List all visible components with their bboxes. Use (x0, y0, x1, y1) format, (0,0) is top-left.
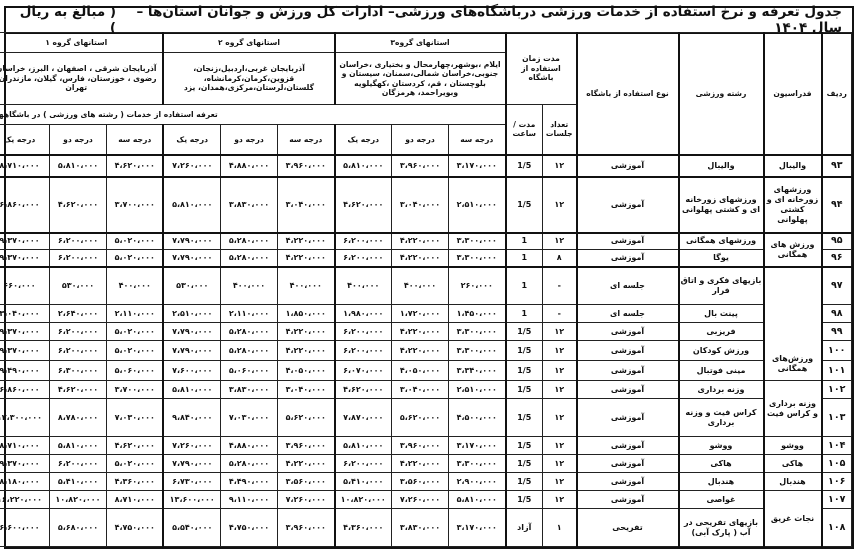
price-cell: ۴،۷۵۰،۰۰۰ (106, 509, 163, 547)
price-cell: ۴،۶۲۰،۰۰۰ (106, 155, 163, 177)
hours-cell: 1/5 (506, 399, 543, 437)
price-cell: ۷،۲۶۰،۰۰۰ (163, 437, 220, 455)
row-number: ۹۴ (822, 177, 852, 233)
price-cell: ۵،۸۱۰،۰۰۰ (163, 381, 220, 399)
price-cell: ۵،۲۸۰،۰۰۰ (221, 233, 278, 250)
price-cell: ۴،۶۲۰،۰۰۰ (49, 381, 106, 399)
price-cell: ۵،۰۲۰،۰۰۰ (106, 455, 163, 473)
row-number: ۹۹ (822, 323, 852, 341)
row-number: ۱۰۰ (822, 341, 852, 361)
price-cell: ۲،۹۰۰،۰۰۰ (449, 473, 506, 491)
price-cell: ۷،۸۷۰،۰۰۰ (335, 399, 392, 437)
usage-type-cell: آموزشی (577, 177, 679, 233)
table-row: ۱۰۳ کراس فیت و وزنه برداری آموزشی ۱۲ 1/5… (0, 399, 852, 437)
price-cell: ۵۳۰،۰۰۰ (163, 267, 220, 305)
table-row: ۹۵ ورزش های همگانی ورزشهای همگانی آموزشی… (0, 233, 852, 250)
price-cell: ۶،۸۶۰،۰۰۰ (0, 381, 49, 399)
sport-cell: ورزش کودکان (679, 341, 764, 361)
sport-cell: مینی فوتبال (679, 361, 764, 381)
group1-provinces: آذربایجان شرقی ، اصفهان ، البرز، خراسان … (0, 53, 163, 105)
price-cell: ۹،۴۹۰،۰۰۰ (0, 361, 49, 381)
col-federation: فدراسیون (764, 33, 822, 155)
price-cell: ۳،۱۷۰،۰۰۰ (449, 437, 506, 455)
table-row: ۱۰۵ هاکی هاکی آموزشی ۱۲ 1/5 ۳،۳۰۰،۰۰۰ ۴،… (0, 455, 852, 473)
sport-cell: هاکی (679, 455, 764, 473)
row-number: ۹۷ (822, 267, 852, 305)
hours-cell: 1/5 (506, 341, 543, 361)
table-row: ۱۰۶ هندبال هندبال آموزشی ۱۲ 1/5 ۲،۹۰۰،۰۰… (0, 473, 852, 491)
price-cell: ۷،۷۹۰،۰۰۰ (163, 323, 220, 341)
table-row: ۱۰۷ نجات غریق غواصی آموزشی ۱۲ 1/5 ۵،۸۱۰،… (0, 491, 852, 509)
table-row: ۱۰۱ مینی فوتبال آموزشی ۱۲ 1/5 ۳،۳۴۰،۰۰۰ … (0, 361, 852, 381)
title-bar: جدول تعرفه و نرخ استفاده از خدمات ورزشی … (4, 6, 854, 34)
price-cell: ۵،۸۱۰،۰۰۰ (49, 437, 106, 455)
sessions-cell: - (543, 305, 577, 323)
sessions-cell: ۱۲ (543, 323, 577, 341)
price-cell: ۳،۱۷۰،۰۰۰ (449, 509, 506, 547)
price-cell: ۴،۲۲۰،۰۰۰ (392, 455, 449, 473)
sessions-cell: ۱۲ (543, 155, 577, 177)
sessions-cell: ۱۲ (543, 341, 577, 361)
price-cell: ۹،۳۷۰،۰۰۰ (0, 323, 49, 341)
hours-cell: آزاد (506, 509, 543, 547)
price-cell: ۴،۲۲۰،۰۰۰ (392, 323, 449, 341)
price-cell: ۵،۸۱۰،۰۰۰ (163, 177, 220, 233)
price-cell: ۳،۳۰۰،۰۰۰ (449, 341, 506, 361)
price-cell: ۶۶۰،۰۰۰ (0, 267, 49, 305)
price-cell: ۳،۹۶۰،۰۰۰ (278, 509, 335, 547)
price-cell: ۵،۶۲۰،۰۰۰ (392, 399, 449, 437)
group3-provinces: ایلام ،بوشهر،چهارمحال و بختیاری ،خراسان … (335, 53, 506, 105)
price-cell: ۶،۲۰۰،۰۰۰ (49, 341, 106, 361)
price-cell: ۴۰۰،۰۰۰ (335, 267, 392, 305)
hours-cell: 1 (506, 305, 543, 323)
price-cell: ۳،۰۴۰،۰۰۰ (0, 305, 49, 323)
sessions-cell: ۱۲ (543, 455, 577, 473)
hours-cell: 1/5 (506, 361, 543, 381)
price-cell: ۴۰۰،۰۰۰ (106, 267, 163, 305)
price-cell: ۷،۶۰۰،۰۰۰ (163, 361, 220, 381)
sport-cell: وزنه برداری (679, 381, 764, 399)
price-cell: ۷،۲۶۰،۰۰۰ (392, 491, 449, 509)
price-cell: ۹،۳۷۰،۰۰۰ (0, 233, 49, 250)
row-number: ۱۰۳ (822, 399, 852, 437)
price-cell: ۵،۸۱۰،۰۰۰ (335, 437, 392, 455)
row-number: ۱۰۴ (822, 437, 852, 455)
price-cell: ۴،۵۰۰،۰۰۰ (449, 399, 506, 437)
usage-type-cell: آموزشی (577, 455, 679, 473)
price-cell: ۴،۲۲۰،۰۰۰ (278, 323, 335, 341)
price-cell: ۳،۵۶۰،۰۰۰ (392, 473, 449, 491)
price-cell: ۶،۳۰۰،۰۰۰ (49, 361, 106, 381)
price-cell: ۴،۶۲۰،۰۰۰ (335, 177, 392, 233)
price-cell: ۶،۲۰۰،۰۰۰ (49, 455, 106, 473)
usage-type-cell: آموزشی (577, 473, 679, 491)
g3-grade3-header: درجه سه (449, 125, 506, 155)
row-number: ۱۰۱ (822, 361, 852, 381)
price-cell: ۳،۵۶۰،۰۰۰ (278, 473, 335, 491)
price-cell: ۶،۲۰۰،۰۰۰ (49, 233, 106, 250)
price-cell: ۹،۳۷۰،۰۰۰ (0, 455, 49, 473)
usage-type-cell: آموزشی (577, 361, 679, 381)
price-cell: ۶،۲۰۰،۰۰۰ (335, 250, 392, 267)
col-row-no: ردیف (822, 33, 852, 155)
hours-cell: 1 (506, 267, 543, 305)
sport-cell: یوگا (679, 250, 764, 267)
g2-grade1-header: درجه یک (163, 125, 220, 155)
sport-cell: والیبال (679, 155, 764, 177)
price-cell: ۴،۰۵۰،۰۰۰ (392, 361, 449, 381)
price-cell: ۱،۸۵۰،۰۰۰ (278, 305, 335, 323)
price-cell: ۶،۲۰۰،۰۰۰ (49, 250, 106, 267)
price-cell: ۹،۳۷۰،۰۰۰ (0, 250, 49, 267)
price-cell: ۲،۵۱۰،۰۰۰ (449, 177, 506, 233)
price-cell: ۶،۲۰۰،۰۰۰ (49, 323, 106, 341)
federation-cell: ووشو (764, 437, 822, 455)
sessions-cell: ۱۲ (543, 473, 577, 491)
price-cell: ۴،۲۲۰،۰۰۰ (278, 250, 335, 267)
price-cell: ۲،۵۱۰،۰۰۰ (163, 305, 220, 323)
price-cell: ۳،۳۰۰،۰۰۰ (449, 233, 506, 250)
price-cell: ۶،۲۰۰،۰۰۰ (335, 341, 392, 361)
price-cell: ۳،۳۰۰،۰۰۰ (449, 323, 506, 341)
price-cell: ۳،۸۳۰،۰۰۰ (392, 509, 449, 547)
g1-grade3-header: درجه سه (106, 125, 163, 155)
usage-type-cell: آموزشی (577, 323, 679, 341)
hours-cell: 1/5 (506, 155, 543, 177)
federation-cell: وزنه برداری و کراس فیت (764, 381, 822, 437)
usage-type-cell: جلسه ای (577, 267, 679, 305)
col-sessions: تعداد جلسات (543, 105, 577, 155)
table-row: ۹۷ ورزش‌های همگانی بازیهای فکری و اتاق ف… (0, 267, 852, 305)
table-row: ۱۰۴ ووشو ووشو آموزشی ۱۲ 1/5 ۳،۱۷۰،۰۰۰ ۳،… (0, 437, 852, 455)
price-cell: ۵،۵۴۰،۰۰۰ (163, 509, 220, 547)
row-number: ۹۳ (822, 155, 852, 177)
price-cell: ۳،۰۴۰،۰۰۰ (392, 177, 449, 233)
price-cell: ۴۰۰،۰۰۰ (392, 267, 449, 305)
tariff-caption: تعرفه استفاده از خدمات ( رشته های ورزشی … (0, 105, 506, 125)
sport-cell: ورزشهای زورخانه ای و کشتی پهلوانی (679, 177, 764, 233)
price-cell: ۵،۰۶۰،۰۰۰ (221, 361, 278, 381)
usage-type-cell: آموزشی (577, 341, 679, 361)
row-number: ۹۶ (822, 250, 852, 267)
row-number: ۱۰۷ (822, 491, 852, 509)
row-number: ۱۰۸ (822, 509, 852, 547)
price-cell: ۳،۹۶۰،۰۰۰ (392, 437, 449, 455)
page-title: جدول تعرفه و نرخ استفاده از خدمات ورزشی … (116, 4, 842, 36)
price-cell: ۵،۸۱۰،۰۰۰ (335, 155, 392, 177)
price-cell: ۶،۰۷۰،۰۰۰ (335, 361, 392, 381)
usage-type-cell: آموزشی (577, 399, 679, 437)
col-sport: رشته ورزشی (679, 33, 764, 155)
table-row: ۹۸ پینت بال جلسه ای - 1 ۱،۴۵۰،۰۰۰ ۱،۷۲۰،… (0, 305, 852, 323)
table-row: ۹۶ یوگا آموزشی ۸ 1 ۳،۳۰۰،۰۰۰ ۴،۲۲۰،۰۰۰ ۶… (0, 250, 852, 267)
price-cell: ۴،۲۲۰،۰۰۰ (392, 341, 449, 361)
g2-grade3-header: درجه سه (278, 125, 335, 155)
price-cell: ۳،۱۷۰،۰۰۰ (449, 155, 506, 177)
price-cell: ۴،۲۲۰،۰۰۰ (278, 341, 335, 361)
price-cell: ۹،۱۱۰،۰۰۰ (221, 491, 278, 509)
price-cell: ۶،۸۶۰،۰۰۰ (0, 177, 49, 233)
price-cell: ۷،۷۹۰،۰۰۰ (163, 341, 220, 361)
price-cell: ۵،۲۸۰،۰۰۰ (221, 323, 278, 341)
price-cell: ۷،۷۹۰،۰۰۰ (163, 233, 220, 250)
price-cell: ۱۰،۸۲۰،۰۰۰ (335, 491, 392, 509)
price-cell: ۴،۰۵۰،۰۰۰ (278, 361, 335, 381)
price-cell: ۶،۷۳۰،۰۰۰ (163, 473, 220, 491)
hours-cell: 1/5 (506, 381, 543, 399)
federation-cell: والیبال (764, 155, 822, 177)
price-cell: ۸،۷۱۰،۰۰۰ (0, 155, 49, 177)
price-cell: ۴،۶۲۰،۰۰۰ (106, 437, 163, 455)
price-cell: ۳،۰۴۰،۰۰۰ (278, 177, 335, 233)
price-cell: ۵۳۰،۰۰۰ (49, 267, 106, 305)
price-cell: ۵،۰۲۰،۰۰۰ (106, 250, 163, 267)
row-number: ۱۰۵ (822, 455, 852, 473)
price-cell: ۵،۰۲۰،۰۰۰ (106, 341, 163, 361)
price-cell: ۲،۱۱۰،۰۰۰ (221, 305, 278, 323)
price-cell: ۳،۹۶۰،۰۰۰ (392, 155, 449, 177)
price-cell: ۷،۷۹۰،۰۰۰ (163, 250, 220, 267)
usage-type-cell: آموزشی (577, 233, 679, 250)
price-cell: ۳،۰۴۰،۰۰۰ (278, 381, 335, 399)
federation-cell: نجات غریق (764, 491, 822, 547)
sport-cell: پینت بال (679, 305, 764, 323)
price-cell: ۳،۷۰۰،۰۰۰ (106, 177, 163, 233)
price-cell: ۷،۲۶۰،۰۰۰ (278, 491, 335, 509)
sessions-cell: ۱۲ (543, 361, 577, 381)
hours-cell: 1/5 (506, 455, 543, 473)
price-cell: ۵،۶۸۰،۰۰۰ (49, 509, 106, 547)
row-number: ۹۵ (822, 233, 852, 250)
row-number: ۱۰۲ (822, 381, 852, 399)
price-cell: ۷،۰۳۰،۰۰۰ (221, 399, 278, 437)
sport-cell: غواصی (679, 491, 764, 509)
usage-type-cell: آموزشی (577, 155, 679, 177)
usage-type-cell: جلسه ای (577, 305, 679, 323)
price-cell: ۳،۰۴۰،۰۰۰ (392, 381, 449, 399)
price-cell: ۳،۳۴۰،۰۰۰ (449, 361, 506, 381)
hours-cell: 1/5 (506, 437, 543, 455)
sessions-cell: - (543, 267, 577, 305)
price-cell: ۹،۳۷۰،۰۰۰ (0, 341, 49, 361)
g3-grade1-header: درجه یک (335, 125, 392, 155)
table-row: ۱۰۰ ورزش کودکان آموزشی ۱۲ 1/5 ۳،۳۰۰،۰۰۰ … (0, 341, 852, 361)
price-cell: ۲۶۰،۰۰۰ (449, 267, 506, 305)
price-cell: ۶،۲۰۰،۰۰۰ (335, 323, 392, 341)
group2-provinces: آذربایجان غربی،اردبیل،زنجان، قزوین،کرمان… (163, 53, 334, 105)
hours-cell: 1/5 (506, 491, 543, 509)
price-cell: ۶،۲۰۰،۰۰۰ (335, 233, 392, 250)
price-cell: ۱۳،۶۰۰،۰۰۰ (163, 491, 220, 509)
price-cell: ۸،۷۱۰،۰۰۰ (106, 491, 163, 509)
price-cell: ۲،۵۱۰،۰۰۰ (449, 381, 506, 399)
sessions-cell: ۱۲ (543, 233, 577, 250)
table-row: ۹۴ ورزشهای زورخانه ای و کشتی پهلوانی ورز… (0, 177, 852, 233)
price-cell: ۸،۷۱۰،۰۰۰ (0, 437, 49, 455)
price-cell: ۴،۳۶۰،۰۰۰ (335, 509, 392, 547)
g1-grade1-header: درجه یک (0, 125, 49, 155)
price-cell: ۲،۱۱۰،۰۰۰ (106, 305, 163, 323)
usage-type-cell: تفریحی (577, 509, 679, 547)
col-usage-type: نوع استفاده از باشگاه (577, 33, 679, 155)
price-cell: ۸،۷۸۰،۰۰۰ (49, 399, 106, 437)
price-cell: ۳،۳۰۰،۰۰۰ (449, 455, 506, 473)
price-cell: ۴،۶۲۰،۰۰۰ (335, 381, 392, 399)
federation-cell: ورزشهای زورخانه ای و کشتی پهلوانی (764, 177, 822, 233)
price-cell: ۴،۲۲۰،۰۰۰ (392, 250, 449, 267)
price-cell: ۵،۰۲۰،۰۰۰ (106, 233, 163, 250)
table-row: ۱۰۸ بازیهای تفریحی در آب ( پارک آبی) تفر… (0, 509, 852, 547)
price-cell: ۳،۳۰۰،۰۰۰ (449, 250, 506, 267)
tariff-sheet: جدول تعرفه و نرخ استفاده از خدمات ورزشی … (4, 6, 854, 549)
usage-type-cell: آموزشی (577, 381, 679, 399)
price-cell: ۷،۲۶۰،۰۰۰ (163, 155, 220, 177)
price-cell: ۳،۷۰۰،۰۰۰ (106, 381, 163, 399)
price-cell: ۵،۸۱۰،۰۰۰ (449, 491, 506, 509)
price-cell: ۳،۹۶۰،۰۰۰ (278, 437, 335, 455)
price-cell: ۵،۴۱۰،۰۰۰ (49, 473, 106, 491)
g1-grade2-header: درجه دو (49, 125, 106, 155)
row-number: ۱۰۶ (822, 473, 852, 491)
currency-note: ( مبالغ به ریال ) (16, 4, 116, 36)
hours-cell: 1/5 (506, 323, 543, 341)
sport-cell: بازیهای تفریحی در آب ( پارک آبی) (679, 509, 764, 547)
price-cell: ۸،۱۸۰،۰۰۰ (0, 473, 49, 491)
sport-cell: ووشو (679, 437, 764, 455)
price-cell: ۳،۸۳۰،۰۰۰ (221, 381, 278, 399)
hours-cell: 1/5 (506, 177, 543, 233)
sessions-cell: ۱۲ (543, 381, 577, 399)
price-cell: ۴،۲۲۰،۰۰۰ (278, 455, 335, 473)
price-cell: ۵،۶۲۰،۰۰۰ (278, 399, 335, 437)
price-cell: ۵،۲۸۰،۰۰۰ (221, 455, 278, 473)
table-row: ۹۳ والیبال والیبال آموزشی ۱۲ 1/5 ۳،۱۷۰،۰… (0, 155, 852, 177)
price-cell: ۳،۹۶۰،۰۰۰ (278, 155, 335, 177)
price-cell: ۷،۷۹۰،۰۰۰ (163, 455, 220, 473)
usage-type-cell: آموزشی (577, 250, 679, 267)
price-cell: ۱۲،۳۰۰،۰۰۰ (0, 399, 49, 437)
sessions-cell: ۸ (543, 250, 577, 267)
price-cell: ۱،۷۲۰،۰۰۰ (392, 305, 449, 323)
usage-type-cell: آموزشی (577, 491, 679, 509)
federation-cell: ورزش های همگانی (764, 233, 822, 267)
federation-cell: هاکی (764, 455, 822, 473)
price-cell: ۴،۳۶۰،۰۰۰ (106, 473, 163, 491)
price-cell: ۶،۶۰۰،۰۰۰ (0, 509, 49, 547)
sport-cell: هندبال (679, 473, 764, 491)
col-hours: مدت /ساعت (506, 105, 543, 155)
price-cell: ۱۰،۸۲۰،۰۰۰ (49, 491, 106, 509)
price-cell: ۵،۴۱۰،۰۰۰ (335, 473, 392, 491)
hours-cell: 1 (506, 233, 543, 250)
price-cell: ۱،۹۸۰،۰۰۰ (335, 305, 392, 323)
sport-cell: ورزشهای همگانی (679, 233, 764, 250)
price-cell: ۴،۶۲۰،۰۰۰ (49, 177, 106, 233)
tariff-table: ردیف فدراسیون رشته ورزشی نوع استفاده از … (0, 32, 852, 547)
table-row: ۱۰۲ وزنه برداری و کراس فیت وزنه برداری آ… (0, 381, 852, 399)
usage-type-cell: آموزشی (577, 437, 679, 455)
price-cell: ۴،۸۸۰،۰۰۰ (221, 437, 278, 455)
price-cell: ۴،۷۵۰،۰۰۰ (221, 509, 278, 547)
price-cell: ۴،۲۲۰،۰۰۰ (392, 233, 449, 250)
price-cell: ۵،۰۶۰،۰۰۰ (106, 361, 163, 381)
hours-cell: 1 (506, 250, 543, 267)
price-cell: ۴۰۰،۰۰۰ (221, 267, 278, 305)
sessions-cell: ۱۲ (543, 399, 577, 437)
price-cell: ۵،۰۲۰،۰۰۰ (106, 323, 163, 341)
sessions-cell: ۱۲ (543, 177, 577, 233)
sport-cell: کراس فیت و وزنه برداری (679, 399, 764, 437)
price-cell: ۶،۲۰۰،۰۰۰ (335, 455, 392, 473)
sport-cell: فریزبی (679, 323, 764, 341)
price-cell: ۷،۰۳۰،۰۰۰ (106, 399, 163, 437)
price-cell: ۱۶،۲۲۰،۰۰۰ (0, 491, 49, 509)
price-cell: ۱،۴۵۰،۰۰۰ (449, 305, 506, 323)
price-cell: ۳،۸۳۰،۰۰۰ (221, 177, 278, 233)
price-cell: ۲،۶۴۰،۰۰۰ (49, 305, 106, 323)
g3-grade2-header: درجه دو (392, 125, 449, 155)
sessions-cell: ۱ (543, 509, 577, 547)
col-duration-group: مدت زمان استفاده از باشگاه (506, 33, 577, 105)
price-cell: ۴،۲۲۰،۰۰۰ (278, 233, 335, 250)
federation-cell: ورزش‌های همگانی (764, 267, 822, 381)
federation-cell: هندبال (764, 473, 822, 491)
price-cell: ۵،۲۸۰،۰۰۰ (221, 341, 278, 361)
price-cell: ۵،۸۱۰،۰۰۰ (49, 155, 106, 177)
price-cell: ۴۰۰،۰۰۰ (278, 267, 335, 305)
sport-cell: بازیهای فکری و اتاق فرار (679, 267, 764, 305)
row-number: ۹۸ (822, 305, 852, 323)
hours-cell: 1/5 (506, 473, 543, 491)
g2-grade2-header: درجه دو (221, 125, 278, 155)
price-cell: ۵،۲۸۰،۰۰۰ (221, 250, 278, 267)
price-cell: ۴،۴۹۰،۰۰۰ (221, 473, 278, 491)
sessions-cell: ۱۲ (543, 491, 577, 509)
sessions-cell: ۱۲ (543, 437, 577, 455)
table-row: ۹۹ فریزبی آموزشی ۱۲ 1/5 ۳،۳۰۰،۰۰۰ ۴،۲۲۰،… (0, 323, 852, 341)
price-cell: ۹،۸۴۰،۰۰۰ (163, 399, 220, 437)
price-cell: ۴،۸۸۰،۰۰۰ (221, 155, 278, 177)
